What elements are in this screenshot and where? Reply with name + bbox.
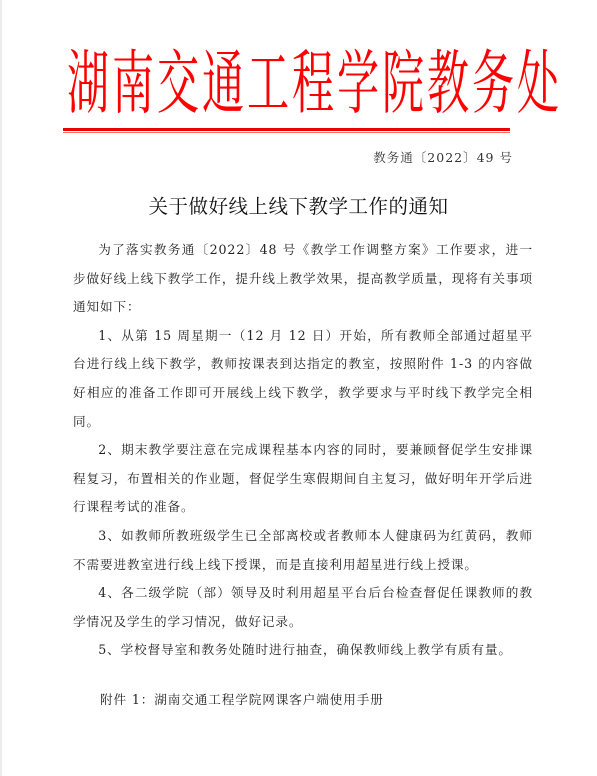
masthead-char: 学 [337,33,372,135]
masthead-char: 通 [202,33,237,135]
item-paragraph-5: 5、学校督导室和教务处随时进行抽查，确保教师线上教学有质有量。 [73,636,533,665]
masthead-char: 院 [382,33,417,135]
masthead-title: 湖 南 交 通 工 程 学 院 教 务 处 [62,44,512,124]
red-header-rule-thin [63,132,510,133]
document-title: 关于做好线上线下教学工作的通知 [0,192,597,222]
attachment-line: 附件 1：湖南交通工程学院网课客户端使用手册 [100,690,384,710]
masthead-char: 湖 [67,33,102,135]
masthead-char: 务 [472,33,507,135]
page-edge-strip [0,0,2,776]
item-paragraph-2: 2、期末教学要注意在完成课程基本内容的同时，要兼顾督促学生安排课程复习，布置相关… [73,436,533,522]
masthead-char: 处 [517,33,552,135]
masthead-char: 程 [292,33,327,135]
masthead-char: 交 [157,33,192,135]
masthead-char: 教 [427,33,462,135]
item-paragraph-3: 3、如教师所教班级学生已全部离校或者教师本人健康码为红黄码，教师不需要进教室进行… [73,522,533,579]
red-header-rule [63,128,510,131]
item-paragraph-1: 1、从第 15 周星期一（12 月 12 日）开始，所有教师全部通过超星平台进行… [73,322,533,436]
masthead-char: 南 [112,33,147,135]
document-body: 为了落实教务通〔2022〕48 号《教学工作调整方案》工作要求，进一步做好线上线… [73,236,533,665]
masthead-char: 工 [247,33,282,135]
document-number: 教务通〔2022〕49 号 [373,148,513,168]
item-paragraph-4: 4、各二级学院（部）领导及时利用超星平台后台检查督促任课教师的教学情况及学生的学… [73,579,533,636]
intro-paragraph: 为了落实教务通〔2022〕48 号《教学工作调整方案》工作要求，进一步做好线上线… [73,236,533,322]
